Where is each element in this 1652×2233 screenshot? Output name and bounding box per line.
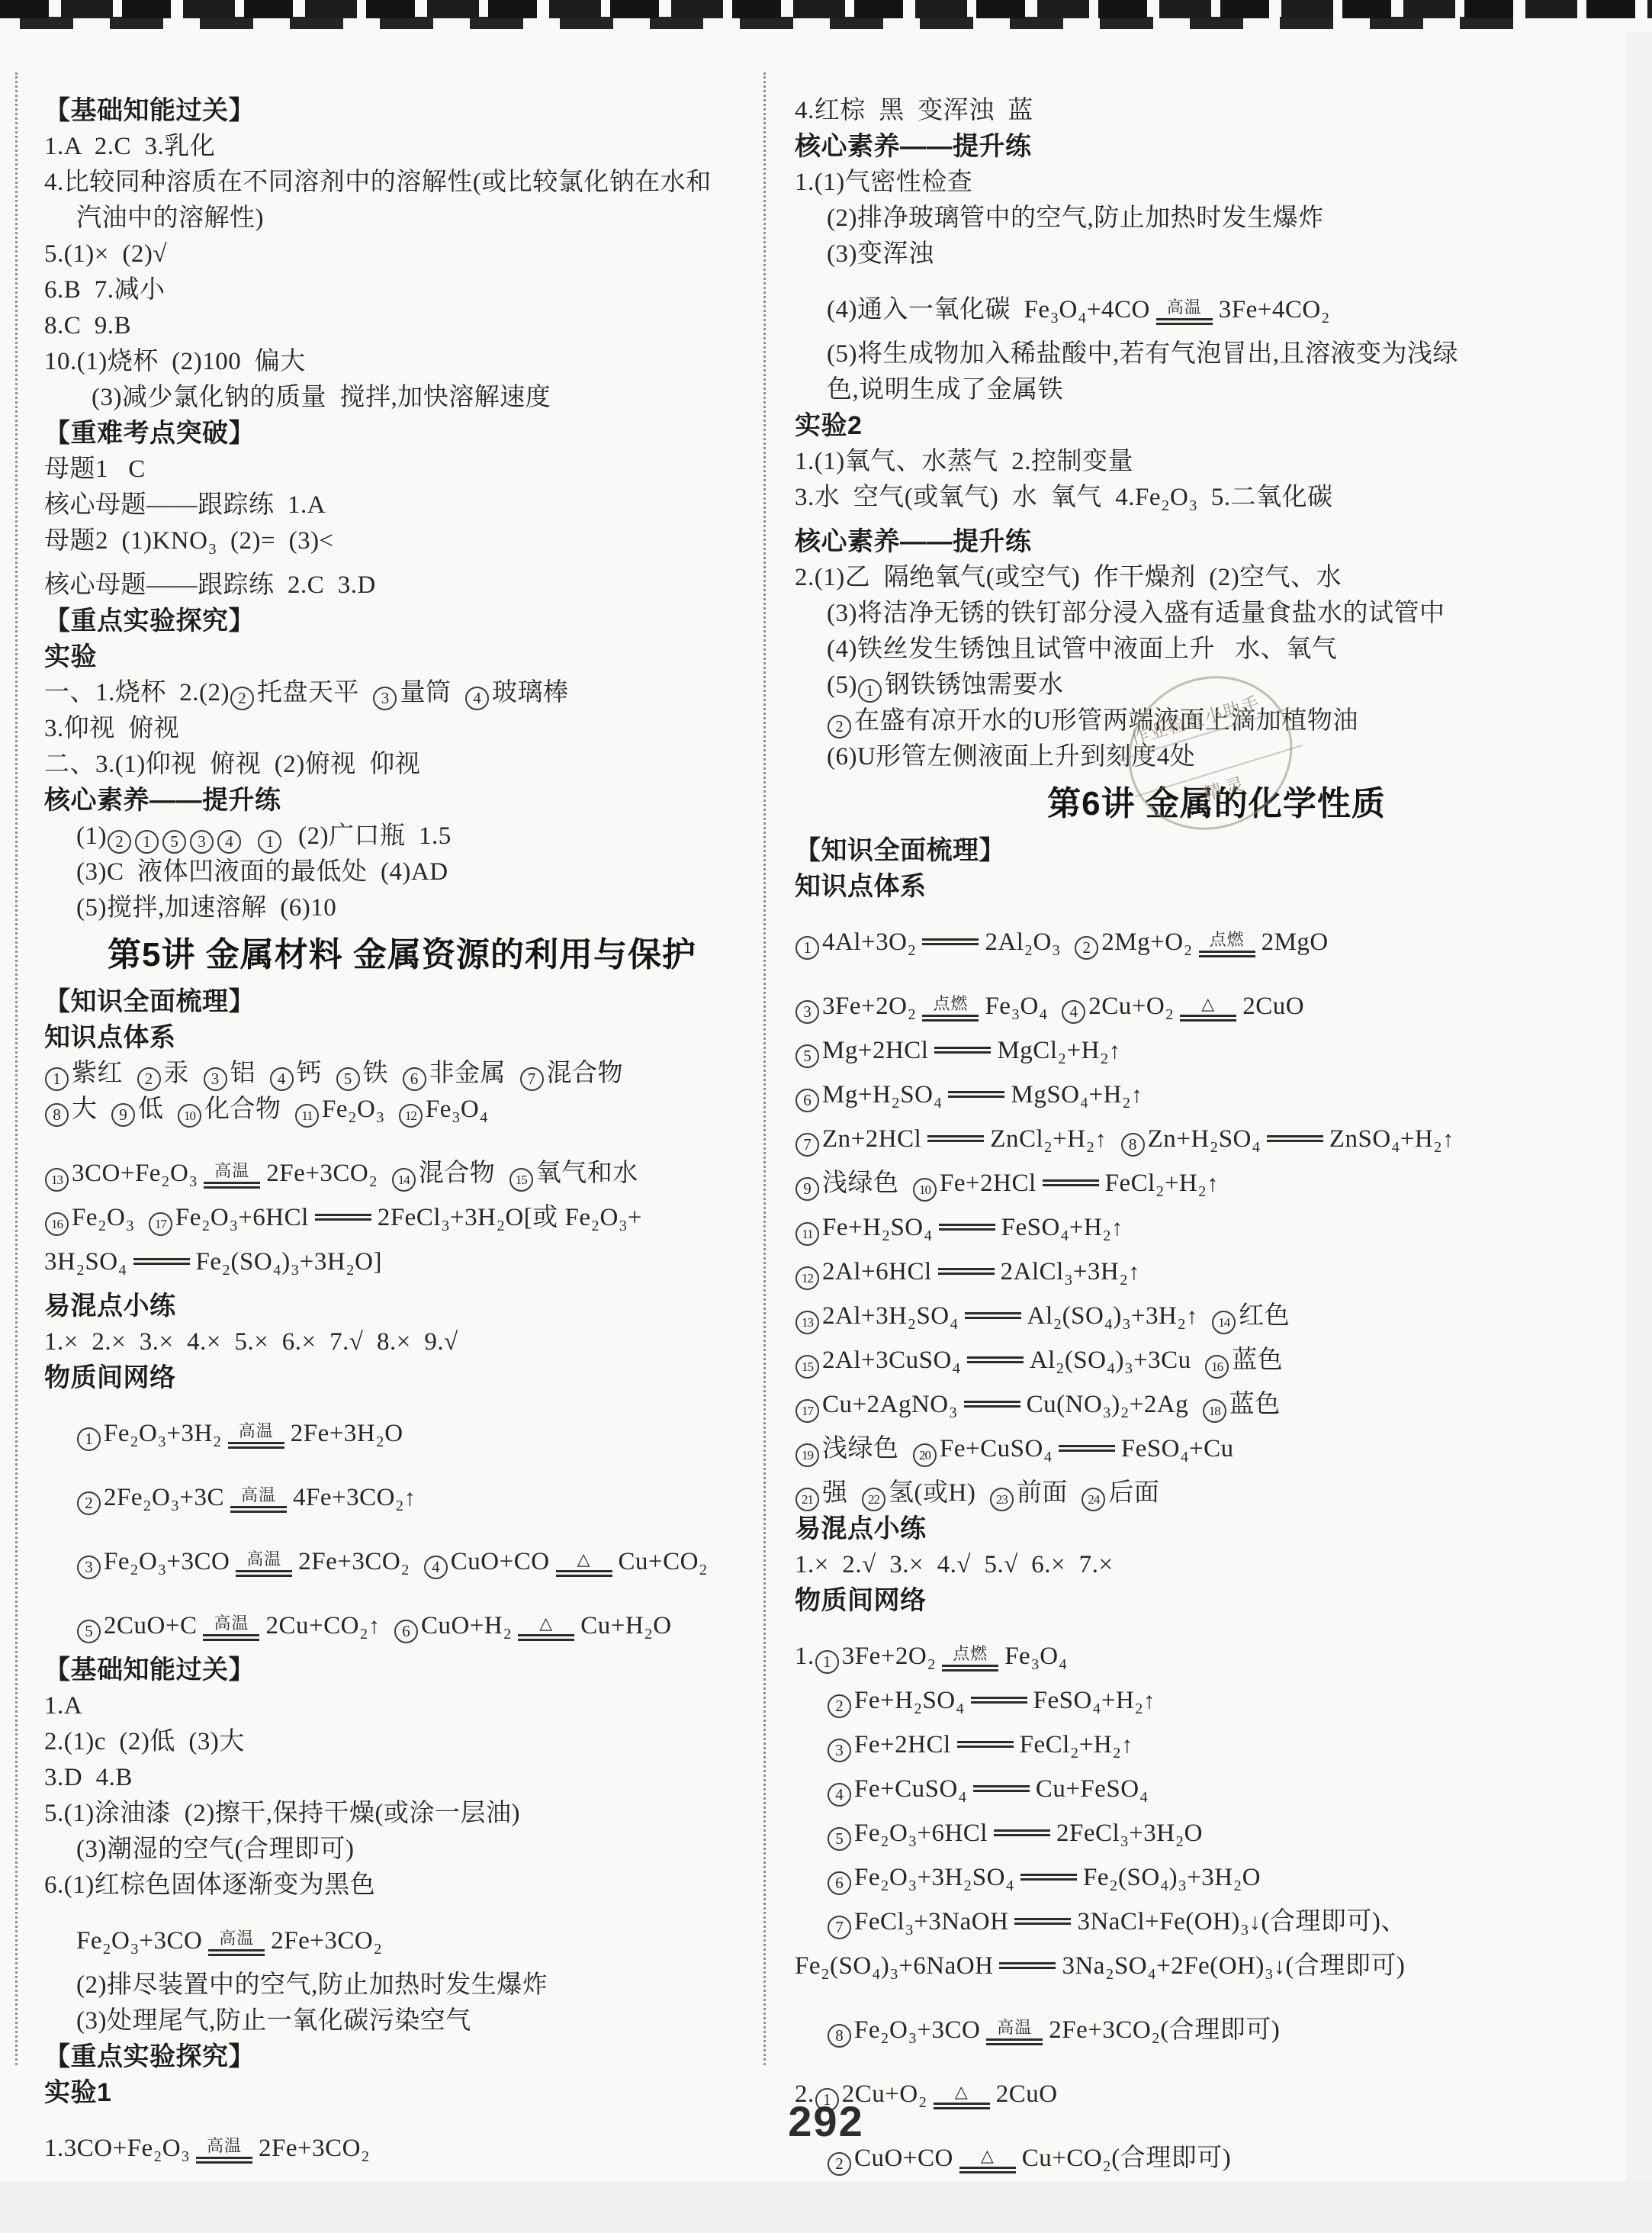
text-line: 122Al+6HCl2AlCl3+3H2↑ — [795, 1254, 1638, 1298]
reaction-condition-equals: 高温 — [230, 1486, 287, 1513]
text-line: 【基础知能过关】 — [44, 1652, 760, 1688]
equals-sign — [973, 1784, 1030, 1792]
text-line: (3)C 液体凹液面的最低处 (4)AD — [44, 854, 760, 890]
circled-number: 3 — [795, 1000, 819, 1024]
circled-number: 5 — [162, 830, 186, 854]
circled-number: 18 — [1203, 1399, 1226, 1423]
text-line: 16Fe2O3 17Fe2O3+6HCl2FeCl3+3H2O[或 Fe2O3+ — [44, 1200, 760, 1244]
text-line: (3)潮湿的空气(合理即可) — [44, 1832, 760, 1868]
circled-number: 11 — [295, 1104, 319, 1128]
reaction-condition-equals: 点燃 — [1199, 931, 1255, 957]
circled-number: 5 — [336, 1067, 360, 1091]
circled-number: 1 — [858, 679, 882, 703]
circled-number: 6 — [403, 1067, 426, 1091]
circled-number: 23 — [990, 1488, 1014, 1511]
reaction-condition-equals: 点燃 — [922, 995, 979, 1022]
circled-number: 8 — [1121, 1133, 1145, 1157]
text-line: 1.× 2.√ 3.× 4.√ 5.√ 6.× 7.× — [795, 1547, 1638, 1583]
equals-sign — [938, 1266, 995, 1275]
circled-number: 15 — [509, 1168, 533, 1192]
text-line: (3)减少氯化钠的质量 搅拌,加快溶解速度 — [44, 380, 760, 416]
text-line: 【知识全面梳理】 — [44, 984, 760, 1020]
equals-sign — [1020, 1872, 1077, 1881]
circled-number: 9 — [795, 1177, 819, 1201]
circled-number: 3 — [373, 687, 397, 710]
reaction-condition-equals: △ — [556, 1550, 612, 1577]
circled-number: 13 — [795, 1311, 819, 1334]
text-line: (4)通入一氧化碳 Fe3O4+4CO高温3Fe+4CO2 — [795, 272, 1638, 336]
equals-sign — [1014, 1916, 1071, 1925]
equals-sign — [971, 1695, 1027, 1704]
text-line: 知识点体系 — [44, 1020, 760, 1056]
left-dotted-rule — [15, 72, 18, 2065]
text-line: 7FeCl3+3NaOH3NaCl+Fe(OH)3↓(合理即可)、 — [795, 1904, 1638, 1948]
reaction-condition-equals: 高温 — [228, 1422, 284, 1449]
text-line: 色,说明生成了金属铁 — [795, 372, 1638, 408]
circled-number: 15 — [795, 1355, 819, 1379]
circled-number: 3 — [828, 1739, 851, 1762]
circled-number: 16 — [45, 1212, 69, 1236]
text-line: 1.(1)气密性检查 — [795, 165, 1638, 201]
reaction-condition-equals: 高温 — [204, 1162, 260, 1189]
circled-number: 14 — [1212, 1311, 1236, 1334]
circled-number: 10 — [178, 1104, 201, 1128]
text-line: 1紫红 2汞 3铝 4钙 5铁 6非金属 7混合物 — [44, 1056, 760, 1092]
circled-number: 14 — [392, 1168, 416, 1192]
text-line: 物质间网络 — [795, 1583, 1638, 1619]
equals-sign — [957, 1739, 1014, 1748]
right-column: 4.红棕 黑 变浑浊 蓝核心素养——提升练1.(1)气密性检查(2)排净玻璃管中… — [795, 93, 1638, 2229]
circled-number: 13 — [45, 1168, 69, 1192]
reaction-condition-equals: △ — [518, 1614, 574, 1641]
text-line: 3.D 4.B — [44, 1760, 760, 1796]
text-line: (3)将洁净无锈的铁钉部分浸入盛有适量食盐水的试管中 — [795, 596, 1638, 632]
text-line: 1.A 2.C 3.乳化 — [44, 129, 760, 165]
reaction-condition-equals: 高温 — [986, 2019, 1043, 2045]
circled-number: 8 — [828, 2024, 851, 2048]
reaction-condition-equals: △ — [959, 2147, 1016, 2173]
circled-number: 24 — [1082, 1488, 1105, 1511]
text-line: 6Fe2O3+3H2SO4Fe2(SO4)3+3H2O — [795, 1860, 1638, 1904]
text-line: 133CO+Fe2O3高温2Fe+3CO2 14混合物 15氧气和水 — [44, 1136, 760, 1200]
circled-number: 6 — [795, 1089, 819, 1112]
circled-number: 16 — [1205, 1355, 1229, 1379]
text-line: 1Fe2O3+3H2高温2Fe+3H2O — [44, 1396, 760, 1460]
text-line: 1.A — [44, 1688, 760, 1724]
circled-number: 19 — [795, 1443, 819, 1467]
circled-number: 2 — [1075, 936, 1098, 960]
circled-number: 22 — [862, 1488, 885, 1511]
circled-number: 11 — [795, 1222, 819, 1246]
text-line: 【知识全面梳理】 — [795, 833, 1638, 869]
circled-number: 12 — [795, 1266, 819, 1290]
equals-sign — [1059, 1443, 1115, 1452]
page-number: 292 — [0, 2096, 1652, 2146]
text-line: 2在盛有凉开水的U形管两端液面上滴加植物油 — [795, 703, 1638, 739]
section-title: 第6讲 金属的化学性质 — [795, 775, 1638, 833]
circled-number: 4 — [1062, 1000, 1085, 1024]
circled-number: 3 — [77, 1556, 101, 1579]
circled-number: 2 — [108, 830, 131, 854]
reaction-condition-equals: 点燃 — [942, 1645, 998, 1672]
text-line: 9浅绿色 10Fe+2HClFeCl2+H2↑ — [795, 1166, 1638, 1210]
text-line: 132Al+3H2SO4Al2(SO4)3+3H2↑ 14红色 — [795, 1298, 1638, 1343]
circled-number: 10 — [913, 1178, 937, 1202]
text-line: 2Fe+H2SO4FeSO4+H2↑ — [795, 1683, 1638, 1727]
text-line: 4Fe+CuSO4Cu+FeSO4 — [795, 1771, 1638, 1816]
text-line: 17Cu+2AgNO3Cu(NO3)2+2Ag 18蓝色 — [795, 1387, 1638, 1431]
circled-number: 1 — [815, 1650, 839, 1674]
text-line: 2.(1)c (2)低 (3)大 — [44, 1724, 760, 1760]
text-line: 1.(1)氧气、水蒸气 2.控制变量 — [795, 444, 1638, 480]
equals-sign — [315, 1212, 371, 1221]
text-line: (5)搅拌,加速溶解 (6)10 — [44, 890, 760, 926]
text-line: 汽油中的溶解性) — [44, 201, 760, 236]
text-line: 7Zn+2HClZnCl2+H2↑ 8Zn+H2SO4ZnSO4+H2↑ — [795, 1121, 1638, 1166]
text-line: 6Mg+H2SO4MgSO4+H2↑ — [795, 1077, 1638, 1121]
text-line: 核心母题——跟踪练 1.A — [44, 487, 760, 523]
equals-sign — [965, 1311, 1021, 1319]
text-line: 8Fe2O3+3CO高温2Fe+3CO2(合理即可) — [795, 1993, 1638, 2057]
text-line: 2.(1)乙 隔绝氧气(或空气) 作干燥剂 (2)空气、水 — [795, 560, 1638, 596]
equals-sign — [939, 1222, 995, 1231]
equals-sign — [948, 1089, 1004, 1098]
reaction-condition-equals: △ — [1180, 995, 1236, 1022]
text-line: 物质间网络 — [44, 1360, 760, 1396]
text-line: 8.C 9.B — [44, 308, 760, 344]
equals-sign — [934, 1045, 991, 1054]
left-column: 【基础知能过关】1.A 2.C 3.乳化4.比较同种溶质在不同溶剂中的溶解性(或… — [44, 93, 760, 2175]
text-line: 一、1.烧杯 2.(2)2托盘天平 3量筒 4玻璃棒 — [44, 675, 760, 711]
equals-sign — [133, 1256, 190, 1265]
text-line: 5Mg+2HClMgCl2+H2↑ — [795, 1033, 1638, 1077]
equals-sign — [927, 1134, 984, 1142]
circled-number: 7 — [520, 1067, 544, 1091]
circled-number: 12 — [399, 1104, 423, 1128]
equals-sign — [967, 1355, 1024, 1363]
circled-number: 5 — [77, 1620, 101, 1643]
text-line: 1.13Fe+2O2点燃Fe3O4 — [795, 1619, 1638, 1683]
text-line: (2)排净玻璃管中的空气,防止加热时发生爆炸 — [795, 201, 1638, 236]
text-line: (4)铁丝发生锈蚀且试管中液面上升 水、氧气 — [795, 632, 1638, 668]
circled-number: 4 — [465, 687, 489, 710]
equals-sign — [994, 1828, 1050, 1836]
reaction-condition-equals: 高温 — [1156, 298, 1213, 325]
reaction-condition-equals: 高温 — [236, 1550, 292, 1577]
reaction-condition-equals: 高温 — [203, 1614, 259, 1641]
text-line: 52CuO+C高温2Cu+CO2↑ 6CuO+H2△Cu+H2O — [44, 1588, 760, 1652]
text-line: 11Fe+H2SO4FeSO4+H2↑ — [795, 1210, 1638, 1254]
text-line: 22Fe2O3+3C高温4Fe+3CO2↑ — [44, 1460, 760, 1524]
text-line: 实验2 — [795, 408, 1638, 444]
text-line: 【重点实验探究】 — [44, 2039, 760, 2075]
text-line: 5.(1)涂油漆 (2)擦干,保持干燥(或涂一层油) — [44, 1796, 760, 1832]
circled-number: 20 — [913, 1443, 937, 1467]
circled-number: 4 — [424, 1556, 448, 1579]
circled-number: 4 — [828, 1783, 851, 1807]
text-line: 152Al+3CuSO4Al2(SO4)3+3Cu 16蓝色 — [795, 1343, 1638, 1387]
text-line: 核心素养——提升练 — [795, 524, 1638, 560]
circled-number: 2 — [828, 1694, 851, 1718]
text-line: 14Al+3O22Al2O3 22Mg+O2点燃2MgO — [795, 905, 1638, 969]
text-line: (3)处理尾气,防止一氧化碳污染空气 — [44, 2003, 760, 2039]
equals-sign — [964, 1399, 1020, 1408]
circled-number: 3 — [190, 830, 214, 854]
text-line: 5.(1)× (2)√ — [44, 236, 760, 272]
circled-number: 7 — [795, 1133, 819, 1157]
circled-number: 2 — [137, 1067, 161, 1091]
circled-number: 4 — [270, 1067, 294, 1091]
text-line: 4.红棕 黑 变浑浊 蓝 — [795, 93, 1638, 129]
circled-number: 1 — [795, 936, 819, 960]
circled-number: 5 — [828, 1827, 851, 1851]
equals-sign — [922, 937, 979, 945]
text-line: Fe2O3+3CO高温2Fe+3CO2 — [44, 1903, 760, 1968]
circled-number: 4 — [217, 830, 241, 854]
text-line: 8大 9低 10化合物 11Fe2O3 12Fe3O4 — [44, 1092, 760, 1136]
circled-number: 9 — [111, 1103, 135, 1127]
text-line: 1.× 2.× 3.× 4.× 5.× 6.× 7.√ 8.× 9.√ — [44, 1324, 760, 1360]
text-line: 4.比较同种溶质在不同溶剂中的溶解性(或比较氯化钠在水和 — [44, 165, 760, 201]
text-line: (2)排尽装置中的空气,防止加热时发生爆炸 — [44, 1968, 760, 2003]
text-line: 实验 — [44, 639, 760, 675]
circled-number: 8 — [45, 1103, 69, 1127]
text-line: 【重点实验探究】 — [44, 603, 760, 639]
equals-sign — [1267, 1134, 1323, 1142]
circled-number: 1 — [45, 1067, 69, 1091]
circled-number: 17 — [149, 1212, 172, 1236]
text-line: 5Fe2O3+6HCl2FeCl3+3H2O — [795, 1816, 1638, 1860]
text-line: 母题1 C — [44, 452, 760, 487]
text-line: 二、3.(1)仰视 俯视 (2)俯视 仰视 — [44, 747, 760, 783]
text-line: 3.水 空气(或氧气) 水 氧气 4.Fe2O3 5.二氧化碳 — [795, 480, 1638, 524]
text-line: 知识点体系 — [795, 869, 1638, 905]
text-line: 【重难考点突破】 — [44, 416, 760, 452]
equals-sign — [1043, 1178, 1099, 1186]
text-line: 3Fe2O3+3CO高温2Fe+3CO2 4CuO+CO△Cu+CO2 — [44, 1524, 760, 1588]
circled-number: 21 — [795, 1488, 819, 1511]
text-line: 母题2 (1)KNO3 (2)= (3)< — [44, 523, 760, 568]
circled-number: 1 — [77, 1427, 101, 1451]
scan-torn-edge-top — [0, 0, 1652, 32]
text-line: 6.B 7.减小 — [44, 272, 760, 308]
text-line: (5)将生成物加入稀盐酸中,若有气泡冒出,且溶液变为浅绿 — [795, 336, 1638, 372]
text-line: (1)21534 1 (2)广口瓶 1.5 — [44, 819, 760, 854]
text-line: 21强 22氢(或H) 23前面 24后面 — [795, 1475, 1638, 1511]
text-line: 19浅绿色 20Fe+CuSO4FeSO4+Cu — [795, 1431, 1638, 1475]
text-line: (3)变浑浊 — [795, 236, 1638, 272]
text-line: (5)1钢铁锈蚀需要水 — [795, 668, 1638, 703]
text-line: 6.(1)红棕色固体逐渐变为黑色 — [44, 1868, 760, 1903]
circled-number: 1 — [135, 830, 159, 854]
circled-number: 2 — [828, 715, 851, 738]
text-line: 3.仰视 俯视 — [44, 711, 760, 747]
circled-number: 6 — [828, 1871, 851, 1895]
reaction-condition-equals: 高温 — [208, 1929, 265, 1956]
text-line: 核心素养——提升练 — [795, 129, 1638, 165]
text-line: 核心母题——跟踪练 2.C 3.D — [44, 568, 760, 603]
section-title: 第5讲 金属材料 金属资源的利用与保护 — [44, 926, 760, 984]
text-line: 3H2SO4Fe2(SO4)3+3H2O] — [44, 1244, 760, 1289]
text-line: (6)U形管左侧液面上升到刻度4处 — [795, 739, 1638, 775]
scan-edge-bottom — [0, 2181, 1652, 2233]
circled-number: 17 — [795, 1399, 819, 1423]
equals-sign — [999, 1961, 1056, 1969]
text-line: 3Fe+2HClFeCl2+H2↑ — [795, 1727, 1638, 1771]
text-line: 核心素养——提升练 — [44, 783, 760, 819]
text-line: 33Fe+2O2点燃Fe3O4 42Cu+O2△2CuO — [795, 969, 1638, 1033]
text-line: 10.(1)烧杯 (2)100 偏大 — [44, 344, 760, 380]
circled-number: 7 — [828, 1916, 851, 1939]
circled-number: 5 — [795, 1044, 819, 1068]
circled-number: 2 — [230, 687, 254, 710]
circled-number: 3 — [204, 1067, 227, 1091]
text-line: 【基础知能过关】 — [44, 93, 760, 129]
circled-number: 2 — [77, 1491, 101, 1515]
text-line: 易混点小练 — [795, 1511, 1638, 1547]
text-line: 易混点小练 — [44, 1289, 760, 1324]
circled-number: 1 — [258, 830, 281, 854]
text-line: Fe2(SO4)3+6NaOH3Na2SO4+2Fe(OH)3↓(合理即可) — [795, 1948, 1638, 1993]
column-divider-dotted-rule — [763, 72, 766, 2065]
circled-number: 2 — [828, 2152, 851, 2176]
circled-number: 6 — [394, 1620, 418, 1643]
